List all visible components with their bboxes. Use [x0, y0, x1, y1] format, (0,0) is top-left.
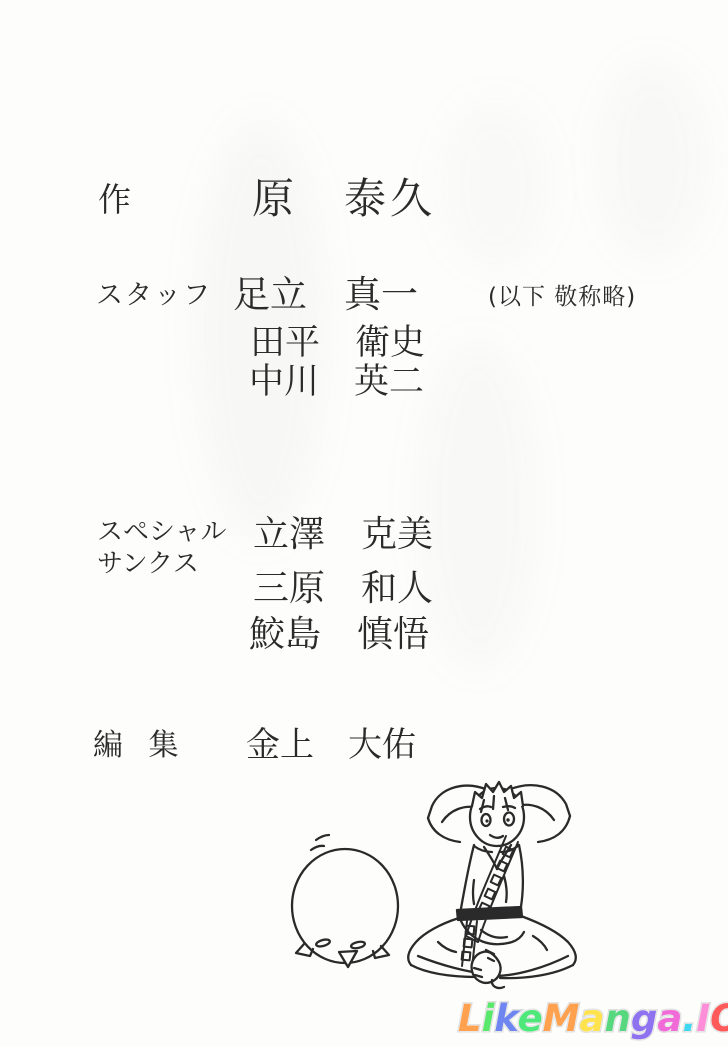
watermark-letter: g: [631, 997, 658, 1040]
special-thanks-member: 鮫島 慎悟: [249, 616, 429, 654]
watermark-letter: L: [458, 997, 482, 1040]
special-thanks-label-line1: スペシャル: [97, 519, 226, 546]
paper-texture-blot: [418, 340, 538, 670]
watermark-letter: i: [482, 997, 495, 1040]
watermark-letter: M: [543, 997, 580, 1040]
watermark-letter: I: [696, 997, 710, 1040]
credits-illustration: [278, 776, 588, 1016]
special-thanks-label-line2: サンクス: [97, 551, 199, 578]
honorifics-note: (以下 敬称略): [488, 285, 636, 309]
editor-label: 編 集: [93, 730, 187, 762]
paper-texture-blot: [440, 100, 550, 270]
bird-character: [292, 835, 398, 967]
special-thanks-member: 三原 和人: [253, 570, 433, 608]
bird-motion-dash: [311, 846, 324, 850]
watermark-letter: a: [657, 997, 682, 1040]
boy-feet: [472, 950, 504, 988]
manga-credits-page: 作 原 泰久 スタッフ 足立 真一 (以下 敬称略) 田平 衛史 中川 英二 ス…: [0, 0, 728, 1046]
watermark-letter: e: [518, 997, 543, 1040]
staff-label: スタッフ: [96, 282, 212, 310]
bird-motion-dash: [316, 835, 329, 840]
watermark-letter: .: [682, 997, 696, 1040]
staff-member: 中川 英二: [249, 364, 424, 401]
paper-texture-blot: [598, 60, 708, 260]
staff-member: 田平 衛史: [250, 325, 425, 362]
boy-belt: [457, 907, 522, 920]
watermark-letter: k: [494, 997, 517, 1040]
boy-head: [470, 782, 524, 846]
author-name: 原 泰久: [252, 177, 436, 221]
editor-name: 金上 大佑: [246, 728, 416, 764]
staff-member: 足立 真一: [233, 276, 418, 315]
special-thanks-member: 立澤 克美: [253, 516, 433, 554]
author-label: 作: [98, 183, 131, 218]
site-watermark: LikeManga.IO: [458, 997, 728, 1040]
watermark-letter: n: [604, 997, 630, 1040]
watermark-letter: O: [710, 997, 728, 1040]
watermark-letter: a: [580, 997, 605, 1040]
boy-character: [408, 782, 575, 988]
